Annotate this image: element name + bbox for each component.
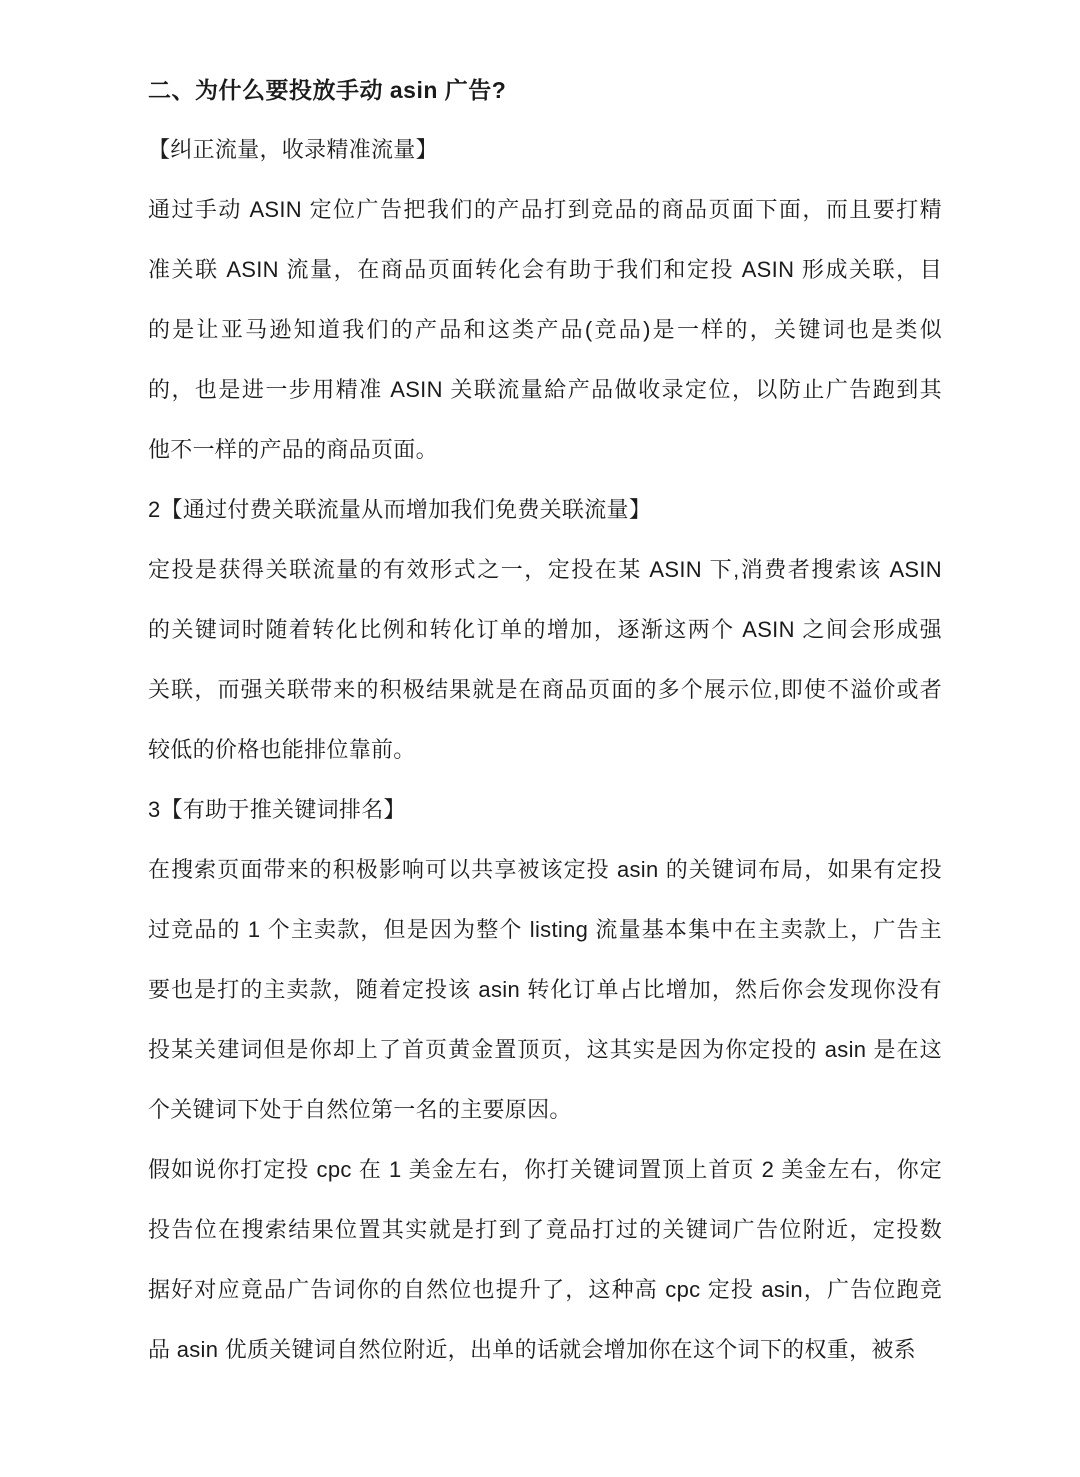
text-line: 准关联 ASIN 流量，在商品页面转化会有助于我们和定投 ASIN 形成关联，目 [148,240,942,300]
text-line: 较低的价格也能排位靠前。 [148,720,942,780]
text-line: 的，也是进一步用精准 ASIN 关联流量給产品做收录定位，以防止广告跑到其 [148,360,942,420]
text-line: 假如说你打定投 cpc 在 1 美金左右，你打关键词置顶上首页 2 美金左右，你… [148,1140,942,1200]
text-line: 关联，而强关联带来的积极结果就是在商品页面的多个展示位,即使不溢价或者 [148,660,942,720]
text-line: 要也是打的主卖款，随着定投该 asin 转化订单占比增加，然后你会发现你没有 [148,960,942,1020]
text-line: 投告位在搜索结果位置其实就是打到了竟品打过的关键词广告位附近，定投数 [148,1200,942,1260]
document-page: 二、为什么要投放手动 asin 广告? 【纠正流量，收录精准流量】通过手动 AS… [0,0,1080,1477]
text-line: 据好对应竟品广告词你的自然位也提升了，这种高 cpc 定投 asin，广告位跑竞 [148,1260,942,1320]
text-line: 的是让亚马逊知道我们的产品和这类产品(竞品)是一样的，关键词也是类似 [148,300,942,360]
section-heading: 3【有助于推关键词排名】 [148,780,942,840]
text-line: 投某关建词但是你却上了首页黄金置顶页，这其实是因为你定投的 asin 是在这 [148,1020,942,1080]
text-line: 过竞品的 1 个主卖款，但是因为整个 listing 流量基本集中在主卖款上，广… [148,900,942,960]
text-line: 通过手动 ASIN 定位广告把我们的产品打到竞品的商品页面下面，而且要打精 [148,180,942,240]
text-line: 他不一样的产品的商品页面。 [148,420,942,480]
text-line: 定投是获得关联流量的有效形式之一，定投在某 ASIN 下,消费者搜索该 ASIN [148,540,942,600]
document-title: 二、为什么要投放手动 asin 广告? [148,60,942,120]
text-line: 在搜索页面带来的积极影响可以共享被该定投 asin 的关键词布局，如果有定投 [148,840,942,900]
text-line: 个关键词下处于自然位第一名的主要原因。 [148,1080,942,1140]
section-heading: 2【通过付费关联流量从而增加我们免费关联流量】 [148,480,942,540]
section-heading: 【纠正流量，收录精准流量】 [148,120,942,180]
text-line: 的关键词时随着转化比例和转化订单的增加，逐渐这两个 ASIN 之间会形成强 [148,600,942,660]
text-line: 品 asin 优质关键词自然位附近，出单的话就会增加你在这个词下的权重，被系 [148,1320,942,1380]
document-body: 【纠正流量，收录精准流量】通过手动 ASIN 定位广告把我们的产品打到竞品的商品… [148,120,942,1380]
